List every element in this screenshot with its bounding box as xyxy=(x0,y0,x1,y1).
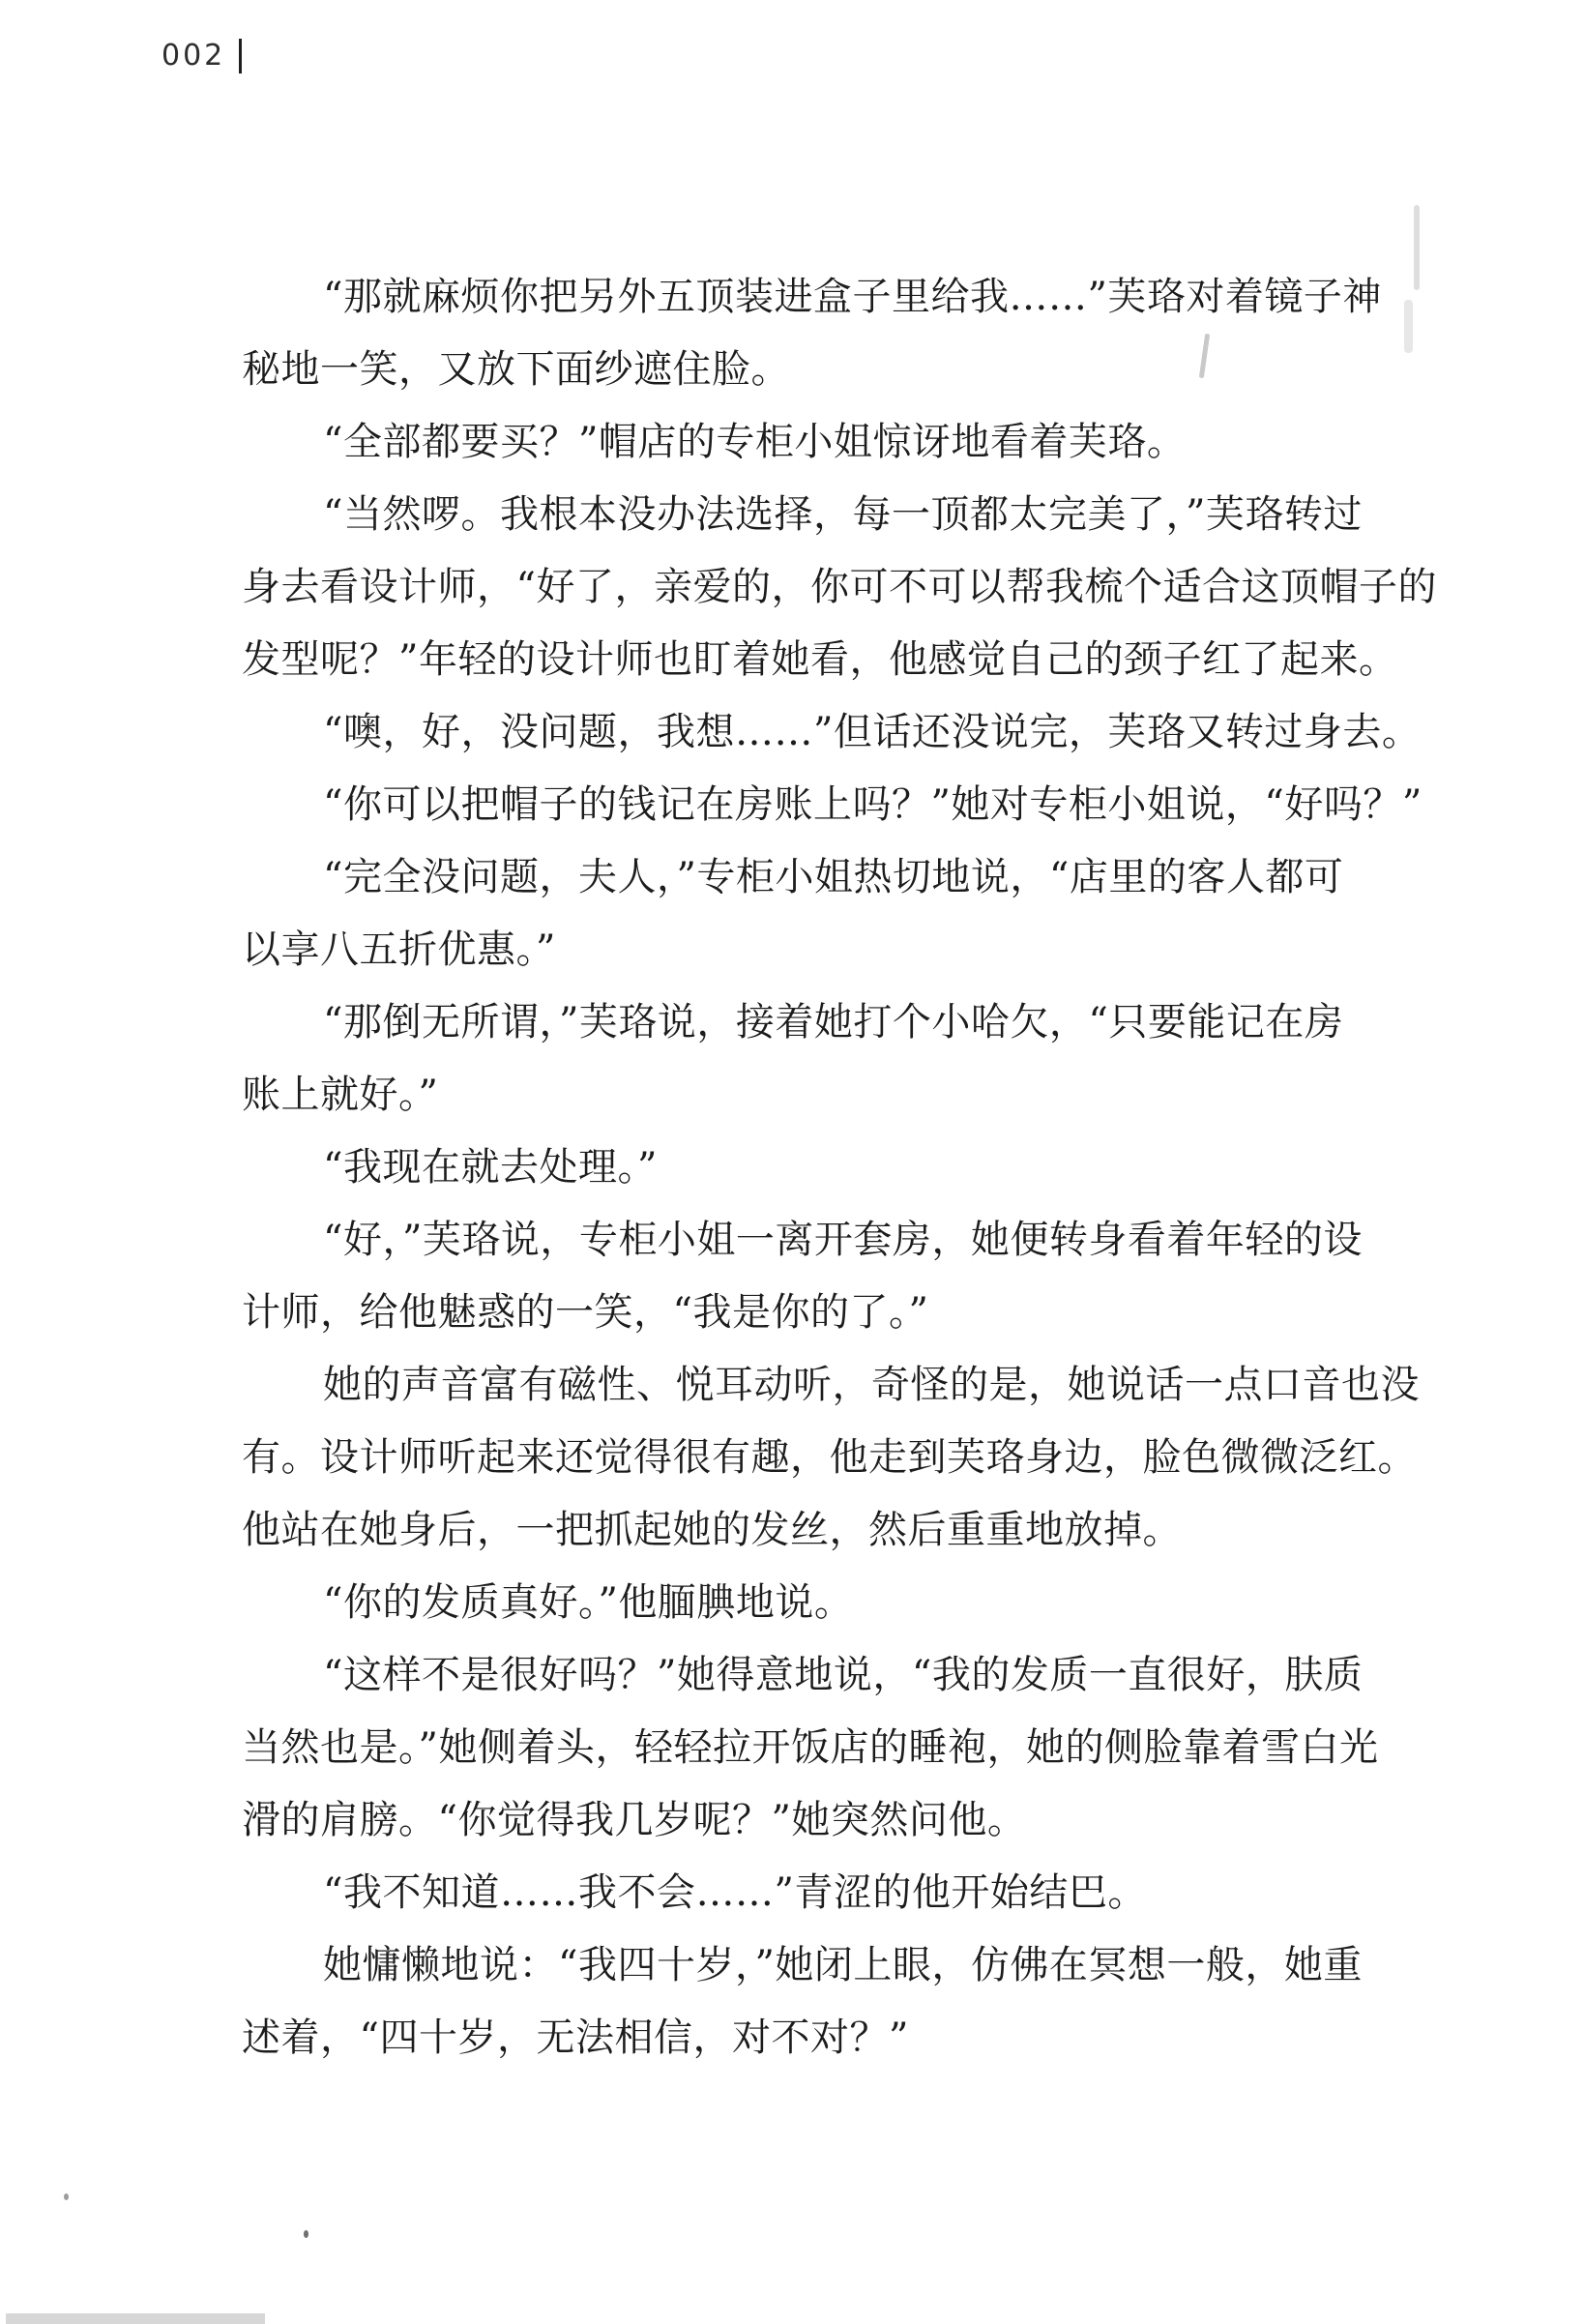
header-divider-line xyxy=(239,39,242,74)
paragraph: 她慵懒地说：“我四十岁，”她闭上眼，仿佛在冥想一般，她重述着，“四十岁，无法相信… xyxy=(242,1929,1412,2074)
paragraph: “完全没问题，夫人，”专柜小姐热切地说，“店里的客人都可以享八五折优惠。” xyxy=(242,841,1412,986)
text-line: “好，”芙珞说，专柜小姐一离开套房，她便转身看着年轻的设 xyxy=(242,1204,1412,1277)
text-line: 计师，给他魅惑的一笑，“我是你的了。” xyxy=(242,1277,1412,1349)
paragraph: “我不知道……我不会……”青涩的他开始结巴。 xyxy=(242,1857,1412,1929)
text-line: 述着，“四十岁，无法相信，对不对？” xyxy=(242,2002,1412,2074)
text-line: 秘地一笑，又放下面纱遮住脸。 xyxy=(242,334,1412,406)
text-line: 有。设计师听起来还觉得很有趣，他走到芙珞身边，脸色微微泛红。 xyxy=(242,1422,1412,1494)
paragraph: “全部都要买？”帽店的专柜小姐惊讶地看着芙珞。 xyxy=(242,406,1412,479)
text-line: “你的发质真好。”他腼腆地说。 xyxy=(242,1567,1412,1639)
page-header: 002 xyxy=(161,39,242,74)
paragraph: “噢，好，没问题，我想……”但话还没说完，芙珞又转过身去。 xyxy=(242,696,1412,769)
paragraph: “那倒无所谓，”芙珞说，接着她打个小哈欠，“只要能记在房账上就好。” xyxy=(242,986,1412,1132)
text-line: 身去看设计师，“好了，亲爱的，你可不可以帮我梳个适合这顶帽子的 xyxy=(242,551,1412,624)
text-line: “我现在就去处理。” xyxy=(242,1132,1412,1204)
text-line: “那倒无所谓，”芙珞说，接着她打个小哈欠，“只要能记在房 xyxy=(242,986,1412,1059)
text-line: 她慵懒地说：“我四十岁，”她闭上眼，仿佛在冥想一般，她重 xyxy=(242,1929,1412,2002)
paragraph: “这样不是很好吗？”她得意地说，“我的发质一直很好，肤质当然也是。”她侧着头，轻… xyxy=(242,1639,1412,1857)
text-line: 当然也是。”她侧着头，轻轻拉开饭店的睡袍，她的侧脸靠着雪白光 xyxy=(242,1712,1412,1784)
page-number: 002 xyxy=(161,42,225,71)
text-line: “当然啰。我根本没办法选择，每一顶都太完美了，”芙珞转过 xyxy=(242,479,1412,551)
text-line: “噢，好，没问题，我想……”但话还没说完，芙珞又转过身去。 xyxy=(242,696,1412,769)
paragraph: “当然啰。我根本没办法选择，每一顶都太完美了，”芙珞转过身去看设计师，“好了，亲… xyxy=(242,479,1412,696)
text-line: 以享八五折优惠。” xyxy=(242,914,1412,986)
text-line: 他站在她身后，一把抓起她的发丝，然后重重地放掉。 xyxy=(242,1494,1412,1567)
text-line: “那就麻烦你把另外五顶装进盒子里给我……”芙珞对着镜子神 xyxy=(242,261,1412,334)
text-line: “我不知道……我不会……”青涩的他开始结巴。 xyxy=(242,1857,1412,1929)
text-line: “这样不是很好吗？”她得意地说，“我的发质一直很好，肤质 xyxy=(242,1639,1412,1712)
paragraph: “你的发质真好。”他腼腆地说。 xyxy=(242,1567,1412,1639)
text-line: “全部都要买？”帽店的专柜小姐惊讶地看着芙珞。 xyxy=(242,406,1412,479)
paragraph: 她的声音富有磁性、悦耳动听，奇怪的是，她说话一点口音也没有。设计师听起来还觉得很… xyxy=(242,1349,1412,1567)
paragraph: “我现在就去处理。” xyxy=(242,1132,1412,1204)
text-line: “你可以把帽子的钱记在房账上吗？”她对专柜小姐说，“好吗？” xyxy=(242,769,1412,841)
text-line: 账上就好。” xyxy=(242,1059,1412,1132)
text-line: 发型呢？”年轻的设计师也盯着她看，他感觉自己的颈子红了起来。 xyxy=(242,624,1412,696)
text-line: “完全没问题，夫人，”专柜小姐热切地说，“店里的客人都可 xyxy=(242,841,1412,914)
scan-artifact-speck xyxy=(64,2193,69,2200)
scan-artifact-smudge xyxy=(1414,205,1420,290)
paragraph: “好，”芙珞说，专柜小姐一离开套房，她便转身看着年轻的设计师，给他魅惑的一笑，“… xyxy=(242,1204,1412,1349)
scan-artifact-speck xyxy=(304,2230,308,2238)
text-line: 滑的肩膀。“你觉得我几岁呢？”她突然问他。 xyxy=(242,1784,1412,1857)
text-block: “那就麻烦你把另外五顶装进盒子里给我……”芙珞对着镜子神秘地一笑，又放下面纱遮住… xyxy=(242,261,1412,2074)
paragraph: “你可以把帽子的钱记在房账上吗？”她对专柜小姐说，“好吗？” xyxy=(242,769,1412,841)
scan-artifact-strip xyxy=(6,2313,265,2324)
text-line: 她的声音富有磁性、悦耳动听，奇怪的是，她说话一点口音也没 xyxy=(242,1349,1412,1422)
paragraph: “那就麻烦你把另外五顶装进盒子里给我……”芙珞对着镜子神秘地一笑，又放下面纱遮住… xyxy=(242,261,1412,406)
